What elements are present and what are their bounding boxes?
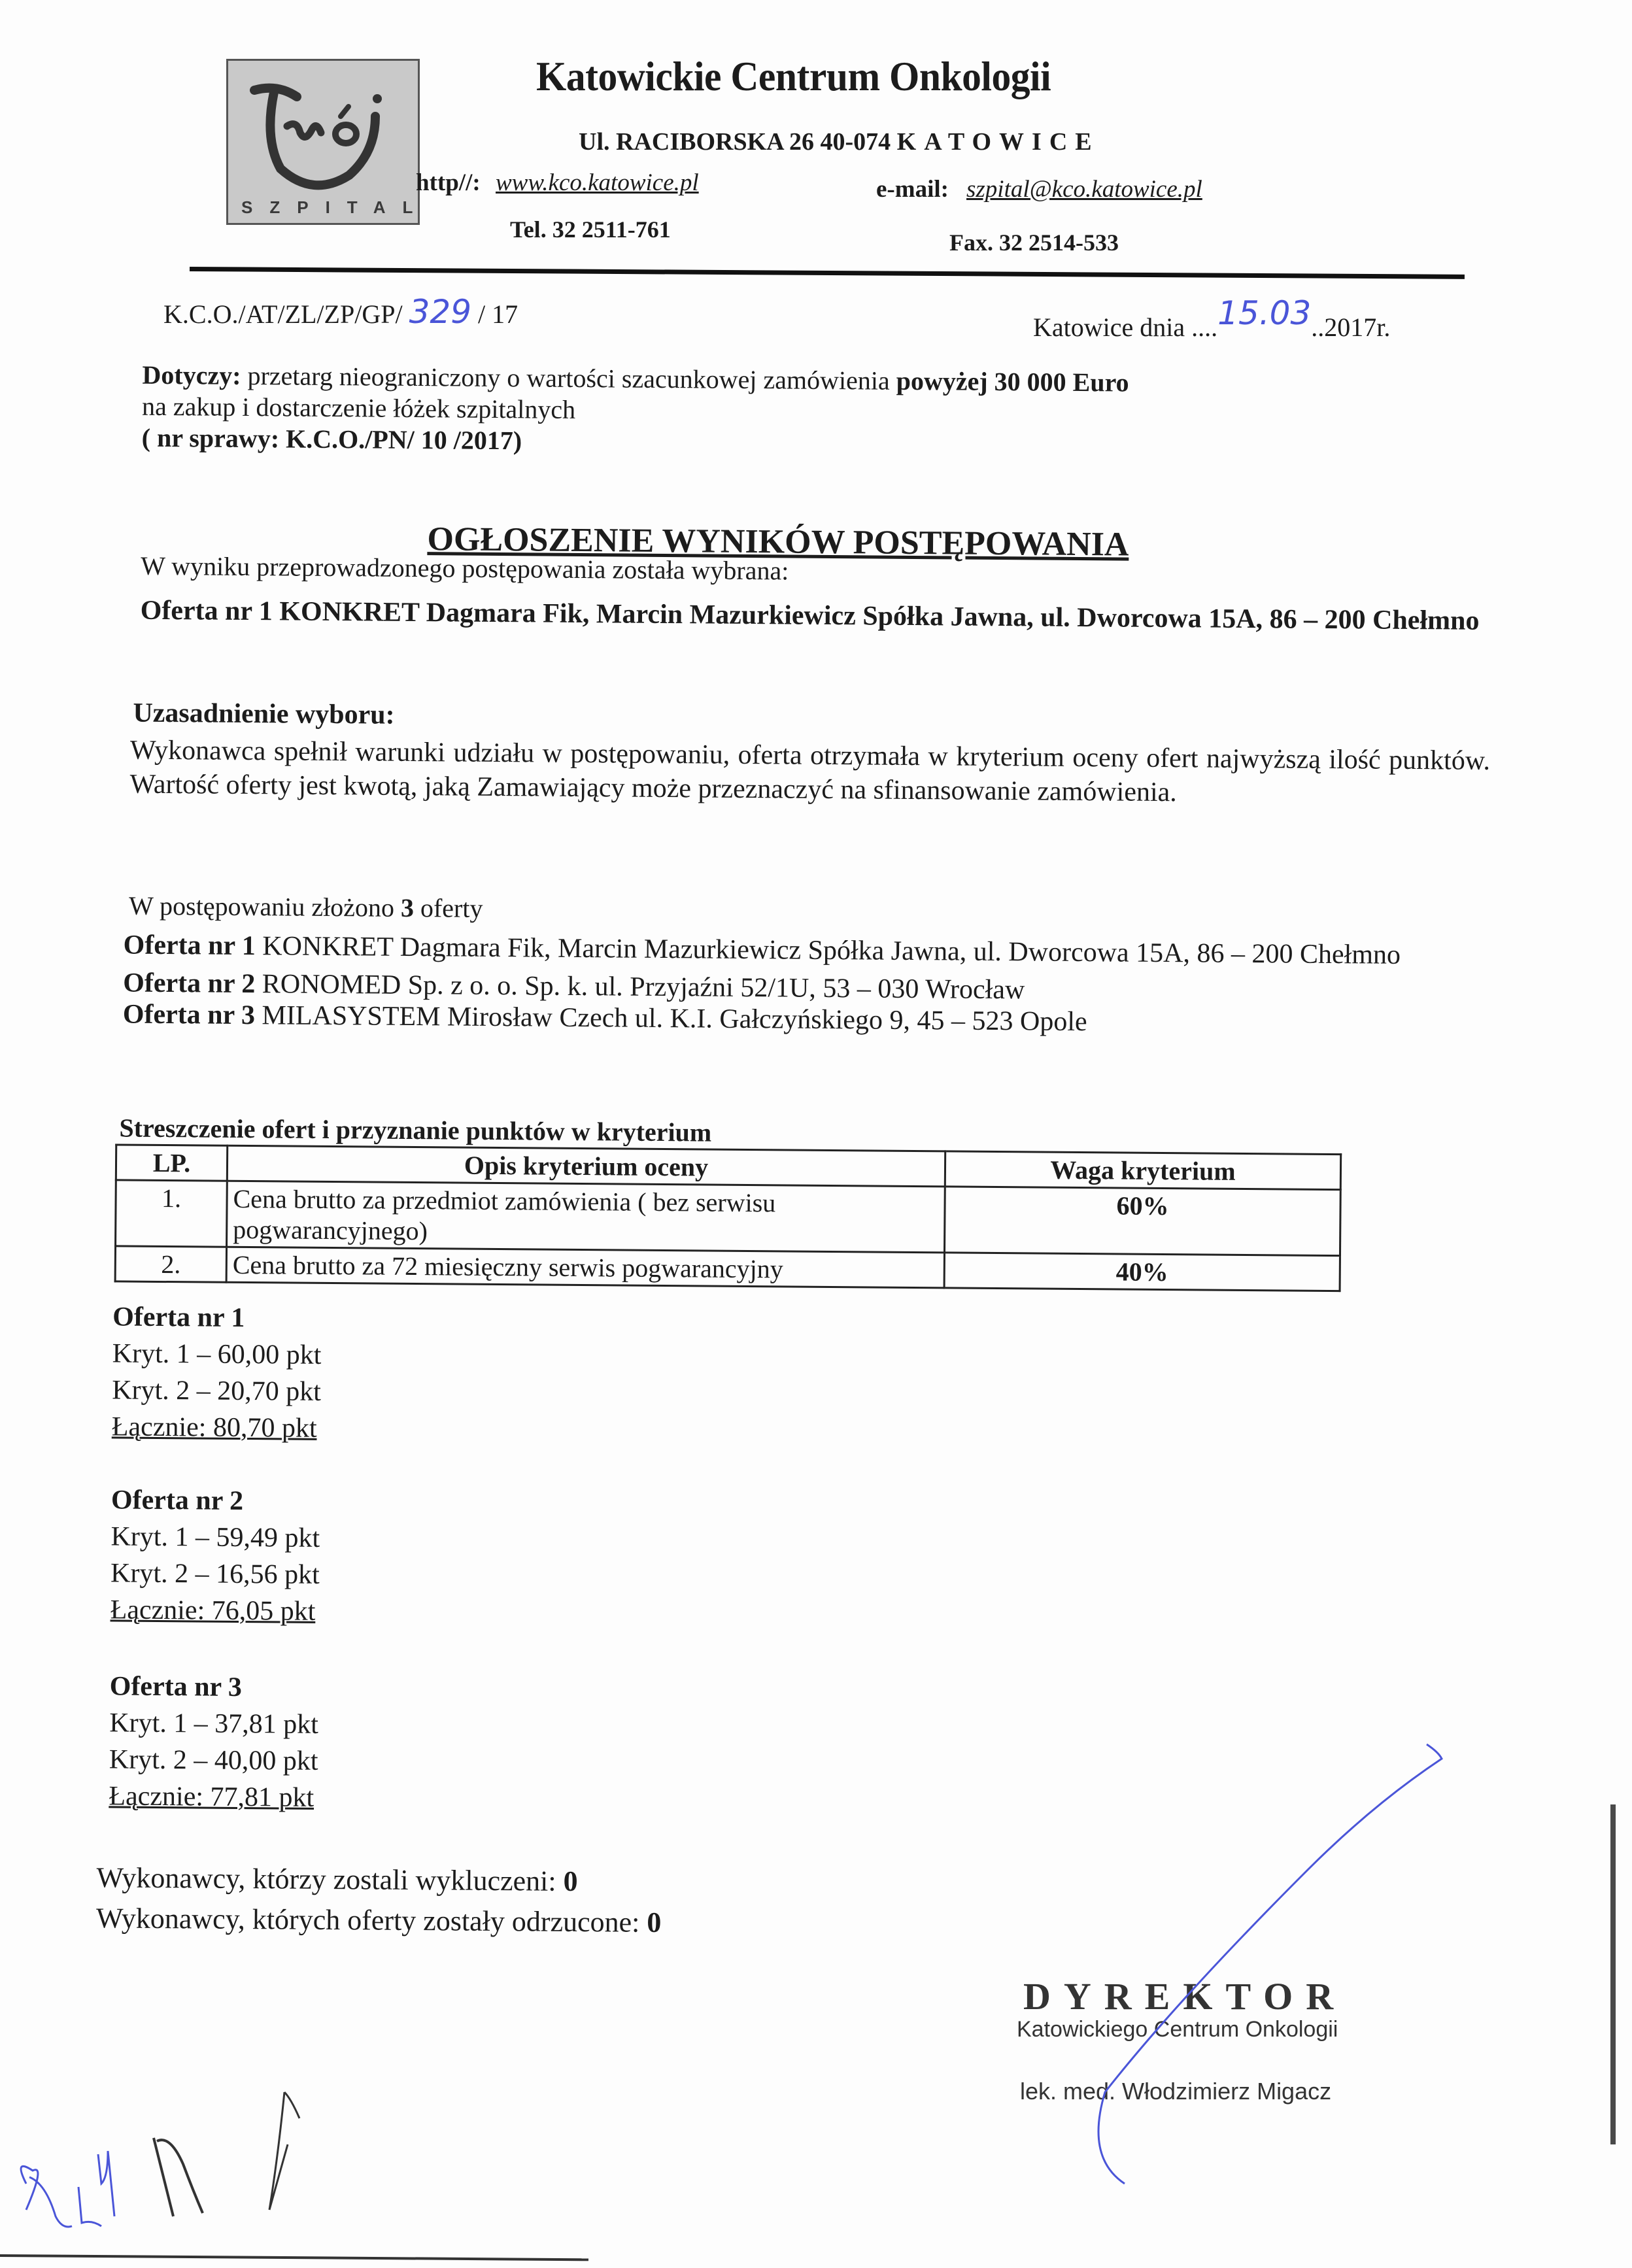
score-title: Oferta nr 3 — [110, 1668, 633, 1708]
logo-text: SZPITAL — [228, 197, 418, 218]
offer-text: KONKRET Dagmara Fik, Marcin Mazurkiewicz… — [256, 931, 1401, 970]
signature-organization: Katowickiego Centrum Onkologii — [1017, 2017, 1338, 2042]
column-header-lp: LP. — [116, 1145, 227, 1181]
reference-number: K.C.O./AT/ZL/ZP/GP/ 329 / 17 — [163, 293, 518, 331]
score-title: Oferta nr 2 — [111, 1481, 634, 1522]
offers-count-line: W postępowaniu złożono 3 oferty — [129, 890, 483, 924]
cell-description: Cena brutto za przedmiot zamówienia ( be… — [227, 1181, 945, 1253]
score-total: Łącznie: 77,81 pkt — [109, 1778, 632, 1818]
signatory-name: lek. med. Włodzimierz Migacz — [1020, 2078, 1331, 2105]
winning-offer: Oferta nr 1 KONKRET Dagmara Fik, Marcin … — [140, 593, 1500, 639]
address-city: KATOWICE — [897, 128, 1100, 156]
scan-bottom-edge — [0, 2254, 588, 2261]
website-link[interactable]: www.kco.katowice.pl — [496, 169, 699, 197]
date-dots: .... — [1191, 313, 1217, 342]
date-prefix: Katowice dnia — [1033, 313, 1191, 342]
column-header-weight: Waga kryterium — [945, 1151, 1340, 1190]
offer-label: Oferta nr 1 — [123, 930, 256, 962]
signature-title: DYREKTOR — [1023, 1974, 1346, 2018]
column-header-description: Opis kryterium oceny — [227, 1145, 945, 1187]
offer-label: Oferta nr 2 — [123, 968, 256, 1000]
criteria-table: LP. Opis kryterium oceny Waga kryterium … — [114, 1143, 1342, 1292]
telephone: Tel. 32 2511-761 — [510, 216, 671, 243]
handwritten-date: 15.03 — [1217, 294, 1311, 332]
justification-heading: Uzasadnienie wyboru: — [133, 698, 395, 731]
score-criterion-1: Kryt. 1 – 59,49 pkt — [110, 1518, 634, 1559]
rejected-count: 0 — [647, 1906, 661, 1938]
address-street: Ul. RACIBORSKA 26 40-074 — [579, 128, 891, 156]
email-link[interactable]: szpital@kco.katowice.pl — [966, 175, 1202, 203]
exclusions-block: Wykonawcy, którzy zostali wykluczeni: 0 … — [96, 1857, 662, 1943]
organization-name: Katowickie Centrum Onkologii — [536, 52, 1051, 101]
offers-count: 3 — [401, 893, 414, 922]
hospital-logo: SZPITAL — [226, 59, 420, 225]
score-total: Łącznie: 76,05 pkt — [110, 1591, 633, 1632]
subject-block: Dotyczy: przetarg nieograniczony o warto… — [142, 360, 1450, 464]
reference-prefix: K.C.O./AT/ZL/ZP/GP/ — [163, 299, 409, 329]
score-criterion-2: Kryt. 2 – 20,70 pkt — [112, 1372, 635, 1412]
cell-weight: 40% — [944, 1253, 1340, 1291]
cell-description: Cena brutto za 72 miesięczny serwis pogw… — [226, 1247, 944, 1288]
score-criterion-2: Kryt. 2 – 16,56 pkt — [110, 1555, 634, 1595]
header-divider — [190, 267, 1465, 279]
offers-list: Oferta nr 1 KONKRET Dagmara Fik, Marcin … — [123, 928, 1484, 1046]
organization-address: Ul. RACIBORSKA 26 40-074 KATOWICE — [579, 127, 1100, 156]
score-block-offer-2: Oferta nr 2 Kryt. 1 – 59,49 pkt Kryt. 2 … — [110, 1481, 634, 1632]
offer-text: MILASYSTEM Mirosław Czech ul. K.I. Gałcz… — [255, 1000, 1087, 1037]
excluded-label: Wykonawcy, którzy zostali wykluczeni: — [96, 1861, 564, 1897]
fax: Fax. 32 2514-533 — [949, 229, 1119, 256]
cell-lp: 1. — [116, 1180, 228, 1247]
date-year: 2017r. — [1324, 313, 1390, 342]
reference-suffix: / 17 — [471, 299, 518, 329]
date-dots: .. — [1311, 313, 1324, 342]
criteria-heading: Streszczenie ofert i przyznanie punktów … — [119, 1112, 711, 1147]
excluded-count: 0 — [563, 1865, 577, 1897]
justification-text: Wykonawca spełnił warunki udziału w post… — [129, 734, 1490, 812]
cell-lp: 2. — [115, 1246, 226, 1282]
score-criterion-1: Kryt. 1 – 37,81 pkt — [109, 1704, 632, 1745]
cell-weight: 60% — [944, 1187, 1340, 1256]
announcement-intro: W wyniku przeprowadzonego postępowania z… — [141, 550, 789, 586]
offers-count-text: oferty — [414, 893, 483, 923]
list-item: Oferta nr 1 KONKRET Dagmara Fik, Marcin … — [123, 928, 1483, 973]
excluded-line: Wykonawcy, którzy zostali wykluczeni: 0 — [96, 1857, 662, 1903]
score-title: Oferta nr 1 — [112, 1298, 636, 1339]
subject-label: Dotyczy: — [142, 360, 241, 390]
score-block-offer-3: Oferta nr 3 Kryt. 1 – 37,81 pkt Kryt. 2 … — [109, 1668, 633, 1818]
website-label: http//: — [416, 169, 481, 197]
offer-label: Oferta nr 3 — [123, 1000, 256, 1031]
score-total: Łącznie: 80,70 pkt — [112, 1408, 635, 1449]
score-criterion-2: Kryt. 2 – 40,00 pkt — [109, 1741, 632, 1782]
email-label: e-mail: — [876, 175, 949, 203]
score-criterion-1: Kryt. 1 – 60,00 pkt — [112, 1335, 636, 1376]
subject-text: przetarg nieograniczony o wartości szacu… — [241, 361, 896, 396]
scan-edge-mark — [1610, 1804, 1616, 2144]
table-row: 1. Cena brutto za przedmiot zamówienia (… — [116, 1180, 1341, 1256]
score-block-offer-1: Oferta nr 1 Kryt. 1 – 60,00 pkt Kryt. 2 … — [112, 1298, 636, 1449]
document-date: Katowice dnia ....15.03..2017r. — [1033, 306, 1390, 344]
offers-count-text: W postępowaniu złożono — [129, 891, 401, 922]
handwritten-number: 329 — [409, 293, 471, 331]
subject-value: powyżej 30 000 Euro — [896, 366, 1129, 398]
rejected-line: Wykonawcy, których oferty zostały odrzuc… — [96, 1898, 662, 1943]
rejected-label: Wykonawcy, których oferty zostały odrzuc… — [96, 1902, 647, 1938]
